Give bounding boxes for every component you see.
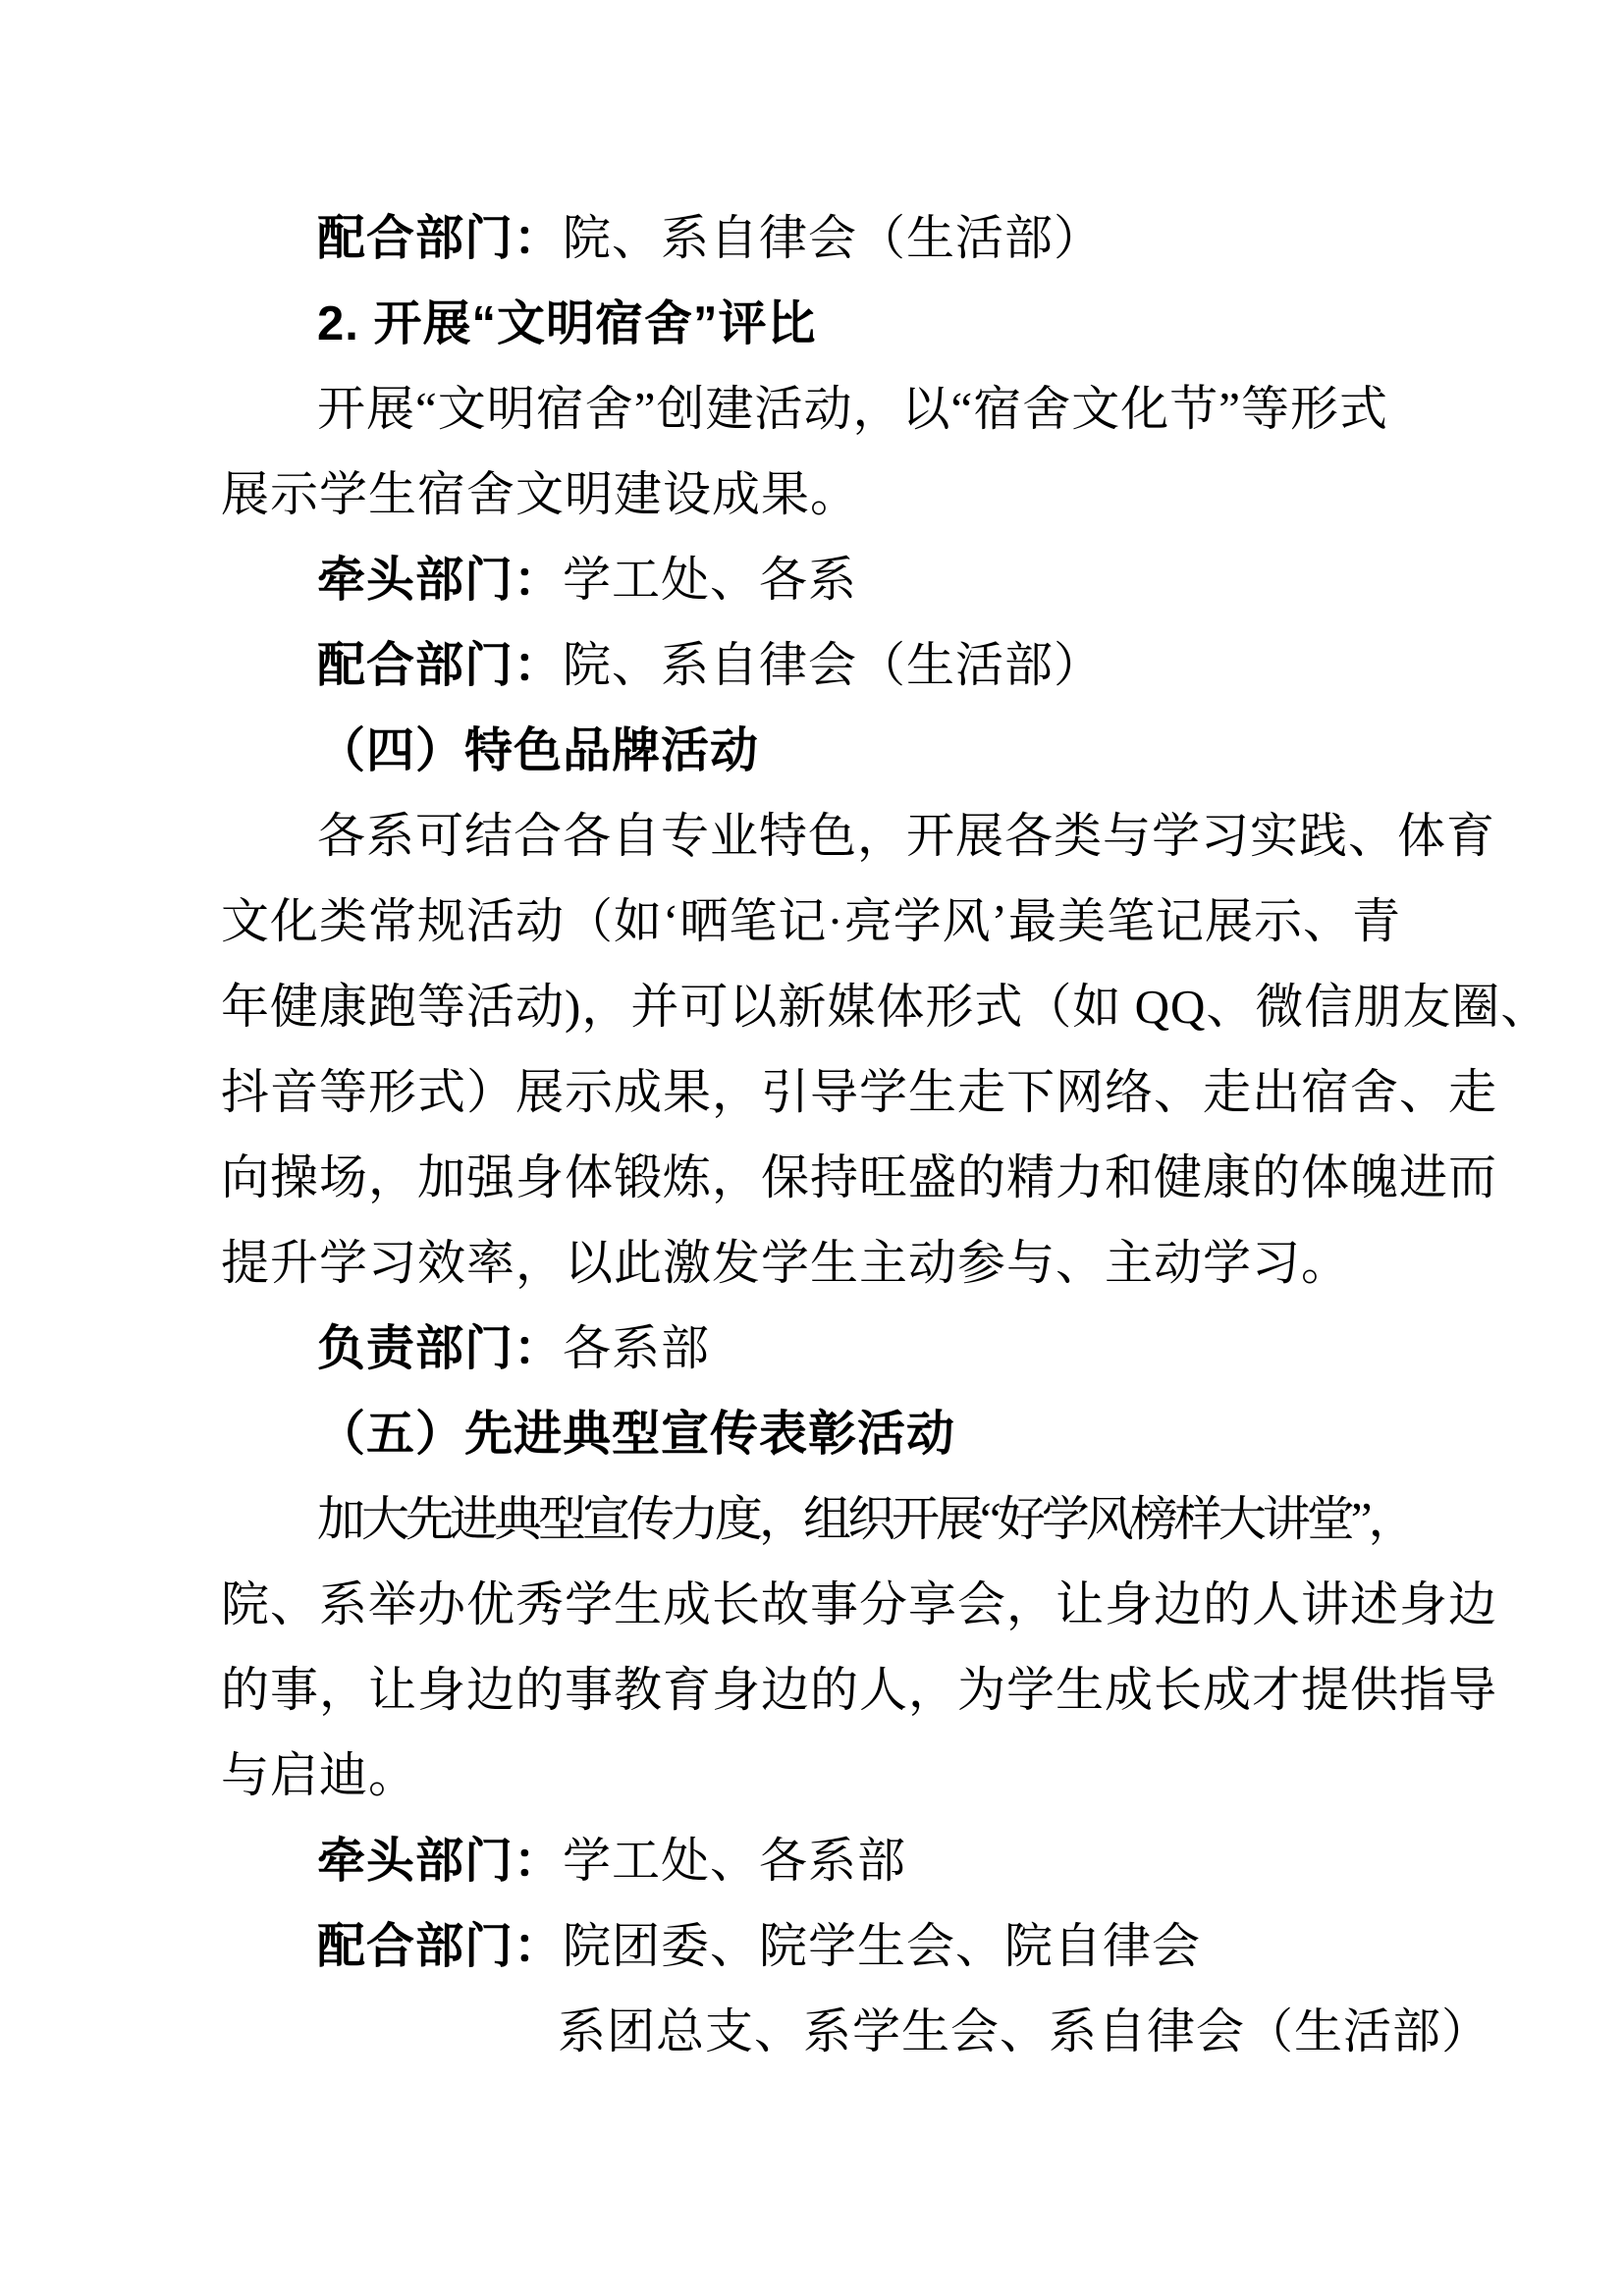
line-heading-special-brand-activities: （四）特色品牌活动 <box>221 708 1477 793</box>
line-heading-civilized-dorm-eval: 2. 开展“文明宿舍”评比 <box>221 281 1477 366</box>
line-heading-role-model-publicity: （五）先进典型宣传表彰活动 <box>221 1391 1477 1476</box>
dept-label: 配合部门： <box>317 639 563 692</box>
document-body: 配合部门：院、系自律会（生活部） 2. 开展“文明宿舍”评比 开展“文明宿舍”创… <box>0 0 1624 2074</box>
heading-text: （五）先进典型宣传表彰活动 <box>317 1408 955 1461</box>
line-para-special-brand-4: 抖音等形式）展示成果，引导学生走下网络、走出宿舍、走 <box>221 1049 1477 1135</box>
line-cooperating-dept-dorm: 配合部门：院、系自律会（生活部） <box>221 195 1477 281</box>
paragraph-text: 向操场，加强身体锻炼，保持旺盛的精力和健康的体魄进而 <box>221 1150 1497 1204</box>
paragraph-text: 院、系举办优秀学生成长故事分享会，让身边的人讲述身边 <box>221 1577 1497 1631</box>
dept-value: 学工处、各系部 <box>563 1834 906 1888</box>
dept-label: 配合部门： <box>317 212 563 265</box>
dept-label: 负责部门： <box>317 1322 563 1375</box>
paragraph-text: 与启迪。 <box>221 1748 417 1802</box>
dept-value: 系团总支、系学生会、系自律会（生活部） <box>558 2004 1490 2058</box>
line-cooperating-dept-role-model: 配合部门：院团委、院学生会、院自律会 <box>221 1903 1477 1989</box>
line-para-dorm-creation-2: 展示学生宿舍文明建设成果。 <box>221 452 1477 537</box>
line-para-role-model-2: 院、系举办优秀学生成长故事分享会，让身边的人讲述身边 <box>221 1562 1477 1647</box>
paragraph-text: 文化类常规活动（如‘晒笔记·亮学风’最美笔记展示、青 <box>221 894 1401 948</box>
heading-text: （四）特色品牌活动 <box>317 724 759 777</box>
line-para-role-model-1: 加大先进典型宣传力度，组织开展“好学风榜样大讲堂”， <box>221 1476 1477 1562</box>
line-lead-dept-dorm: 牵头部门：学工处、各系 <box>221 537 1477 622</box>
dept-value: 院、系自律会（生活部） <box>563 638 1103 692</box>
heading-text: 2. 开展“文明宿舍”评比 <box>317 297 816 350</box>
line-cooperating-dept-role-model-cont: 系团总支、系学生会、系自律会（生活部） <box>221 1989 1477 2074</box>
line-para-special-brand-5: 向操场，加强身体锻炼，保持旺盛的精力和健康的体魄进而 <box>221 1135 1477 1220</box>
line-para-special-brand-6: 提升学习效率，以此激发学生主动参与、主动学习。 <box>221 1220 1477 1306</box>
line-para-role-model-3: 的事，让身边的事教育身边的人，为学生成长成才提供指导 <box>221 1647 1477 1733</box>
line-cooperating-dept-dorm-2: 配合部门：院、系自律会（生活部） <box>221 622 1477 708</box>
line-lead-dept-role-model: 牵头部门：学工处、各系部 <box>221 1818 1477 1903</box>
line-para-special-brand-1: 各系可结合各自专业特色，开展各类与学习实践、体育 <box>221 793 1477 879</box>
line-para-role-model-4: 与启迪。 <box>221 1733 1477 1818</box>
paragraph-text: 提升学习效率，以此激发学生主动参与、主动学习。 <box>221 1236 1350 1290</box>
paragraph-text: 加大先进典型宣传力度，组织开展“好学风榜样大讲堂”， <box>317 1492 1413 1546</box>
paragraph-text: 各系可结合各自专业特色，开展各类与学习实践、体育 <box>317 809 1495 863</box>
dept-label: 牵头部门： <box>317 1835 563 1888</box>
paragraph-text: 抖音等形式）展示成果，引导学生走下网络、走出宿舍、走 <box>221 1065 1497 1119</box>
dept-value: 学工处、各系 <box>563 553 857 607</box>
dept-value: 各系部 <box>563 1321 710 1375</box>
line-para-dorm-creation-1: 开展“文明宿舍”创建活动，以“宿舍文化节”等形式 <box>221 366 1477 452</box>
dept-value: 院团委、院学生会、院自律会 <box>563 1919 1201 1973</box>
paragraph-text: 开展“文明宿舍”创建活动，以“宿舍文化节”等形式 <box>317 382 1388 436</box>
paragraph-text: 展示学生宿舍文明建设成果。 <box>221 467 859 521</box>
dept-label: 牵头部门： <box>317 554 563 607</box>
paragraph-text: 的事，让身边的事教育身边的人，为学生成长成才提供指导 <box>221 1663 1497 1717</box>
document-page: 配合部门：院、系自律会（生活部） 2. 开展“文明宿舍”评比 开展“文明宿舍”创… <box>0 0 1624 2296</box>
line-para-special-brand-2: 文化类常规活动（如‘晒笔记·亮学风’最美笔记展示、青 <box>221 879 1477 964</box>
dept-label: 配合部门： <box>317 1920 563 1973</box>
line-responsible-dept: 负责部门：各系部 <box>221 1306 1477 1391</box>
line-para-special-brand-3: 年健康跑等活动)，并可以新媒体形式（如 QQ、微信朋友圈、 <box>221 964 1477 1049</box>
paragraph-text: 年健康跑等活动)，并可以新媒体形式（如 QQ、微信朋友圈、 <box>221 980 1549 1034</box>
dept-value: 院、系自律会（生活部） <box>563 211 1103 265</box>
